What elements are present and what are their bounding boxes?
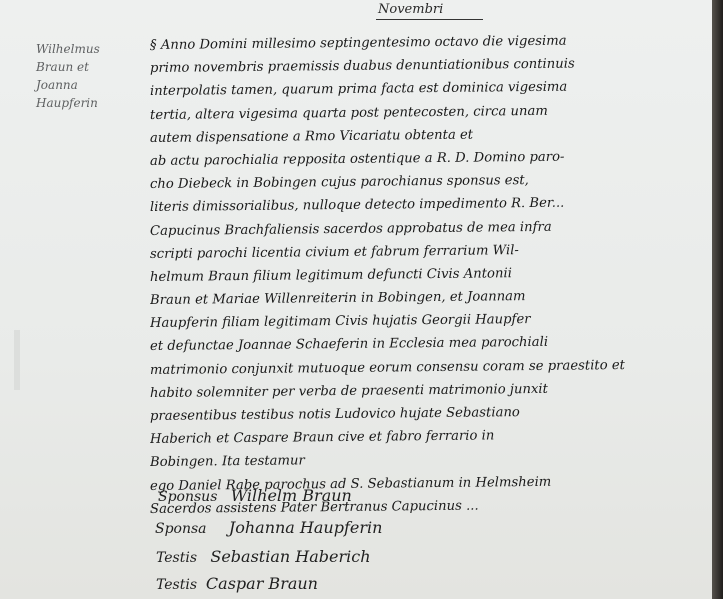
month-heading: Novembri bbox=[376, 2, 483, 20]
margin-note: Wilhelmus Braun et Joanna Haupferin bbox=[36, 40, 100, 112]
signature-role: Sponsa bbox=[155, 521, 207, 537]
margin-note-line: Wilhelmus bbox=[36, 40, 100, 58]
signature-role: Sponsus bbox=[158, 489, 217, 505]
margin-note-line: Joanna bbox=[36, 76, 100, 94]
signature-name: Caspar Braun bbox=[206, 574, 318, 593]
signature-bride: Sponsa Johanna Haupferin bbox=[155, 518, 382, 537]
register-page: Novembri Wilhelmus Braun et Joanna Haupf… bbox=[0, 0, 713, 599]
signature-role: Testis bbox=[156, 550, 197, 566]
margin-note-line: Haupferin bbox=[36, 94, 100, 112]
margin-note-line: Braun et bbox=[36, 58, 100, 76]
signature-witness-1: Testis Sebastian Haberich bbox=[156, 547, 371, 566]
signature-name: Johanna Haupferin bbox=[229, 518, 383, 537]
signature-witness-2: Testis Caspar Braun bbox=[156, 574, 318, 593]
entry-text: § Anno Domini millesimo septingentesimo … bbox=[150, 34, 705, 521]
signature-name: Wilhelm Braun bbox=[231, 486, 352, 505]
page-edge-shadow bbox=[712, 0, 723, 599]
signature-name: Sebastian Haberich bbox=[210, 547, 370, 566]
signature-groom: Sponsus Wilhelm Braun bbox=[158, 486, 352, 505]
paper-stain bbox=[14, 330, 20, 390]
signature-role: Testis bbox=[156, 577, 197, 593]
